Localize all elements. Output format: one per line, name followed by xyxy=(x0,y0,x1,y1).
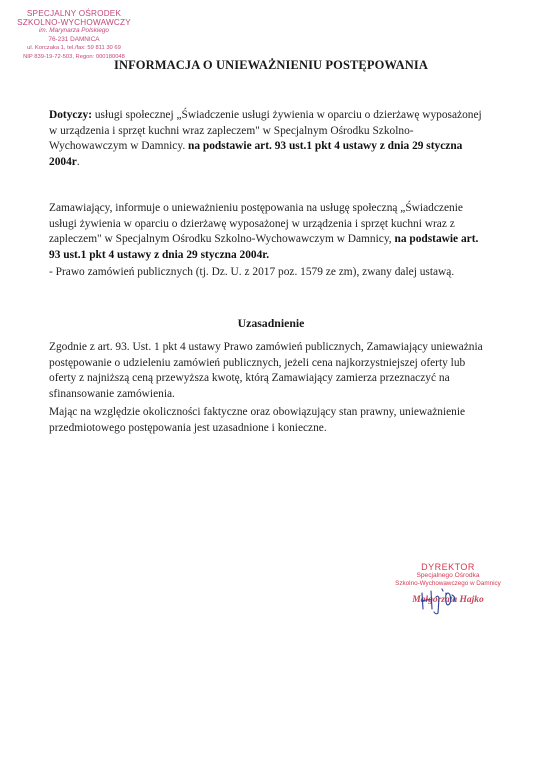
handwritten-signature-icon xyxy=(418,585,462,615)
justification-heading: Uzasadnienie xyxy=(0,316,542,331)
paragraph-law-reference: - Prawo zamówień publicznych (tj. Dz. U.… xyxy=(49,265,489,281)
stamp-line-5: ul. Korczaka 1, tel./fax: 59 811 30 69 xyxy=(14,44,134,53)
stamp-line-2: SZKOLNO-WYCHOWAWCZY xyxy=(14,19,134,28)
paragraph-conclusion: Mając na względzie okoliczności faktyczn… xyxy=(49,405,489,436)
director-title: DYREKTOR xyxy=(368,562,528,572)
document-title: INFORMACJA O UNIEWAŻNIENIU POSTĘPOWANIA xyxy=(0,58,542,73)
paragraph-subject: Dotyczy: usługi społecznej „Świadczenie … xyxy=(49,108,489,170)
stamp-line-3: im. Marynarza Polskiego xyxy=(14,27,134,36)
stamp-line-4: 76-231 DAMNICA xyxy=(14,36,134,45)
institution-stamp: SPECJALNY OŚRODEK SZKOLNO-WYCHOWAWCZY im… xyxy=(14,10,134,61)
paragraph-announcement: Zamawiający, informuje o unieważnieniu p… xyxy=(49,201,489,263)
subject-end: . xyxy=(77,156,80,168)
subject-label: Dotyczy: xyxy=(49,109,92,121)
director-stamp-line-2: Specjalnego Ośrodka xyxy=(368,572,528,580)
paragraph-justification: Zgodnie z art. 93. Ust. 1 pkt 4 ustawy P… xyxy=(49,340,489,402)
